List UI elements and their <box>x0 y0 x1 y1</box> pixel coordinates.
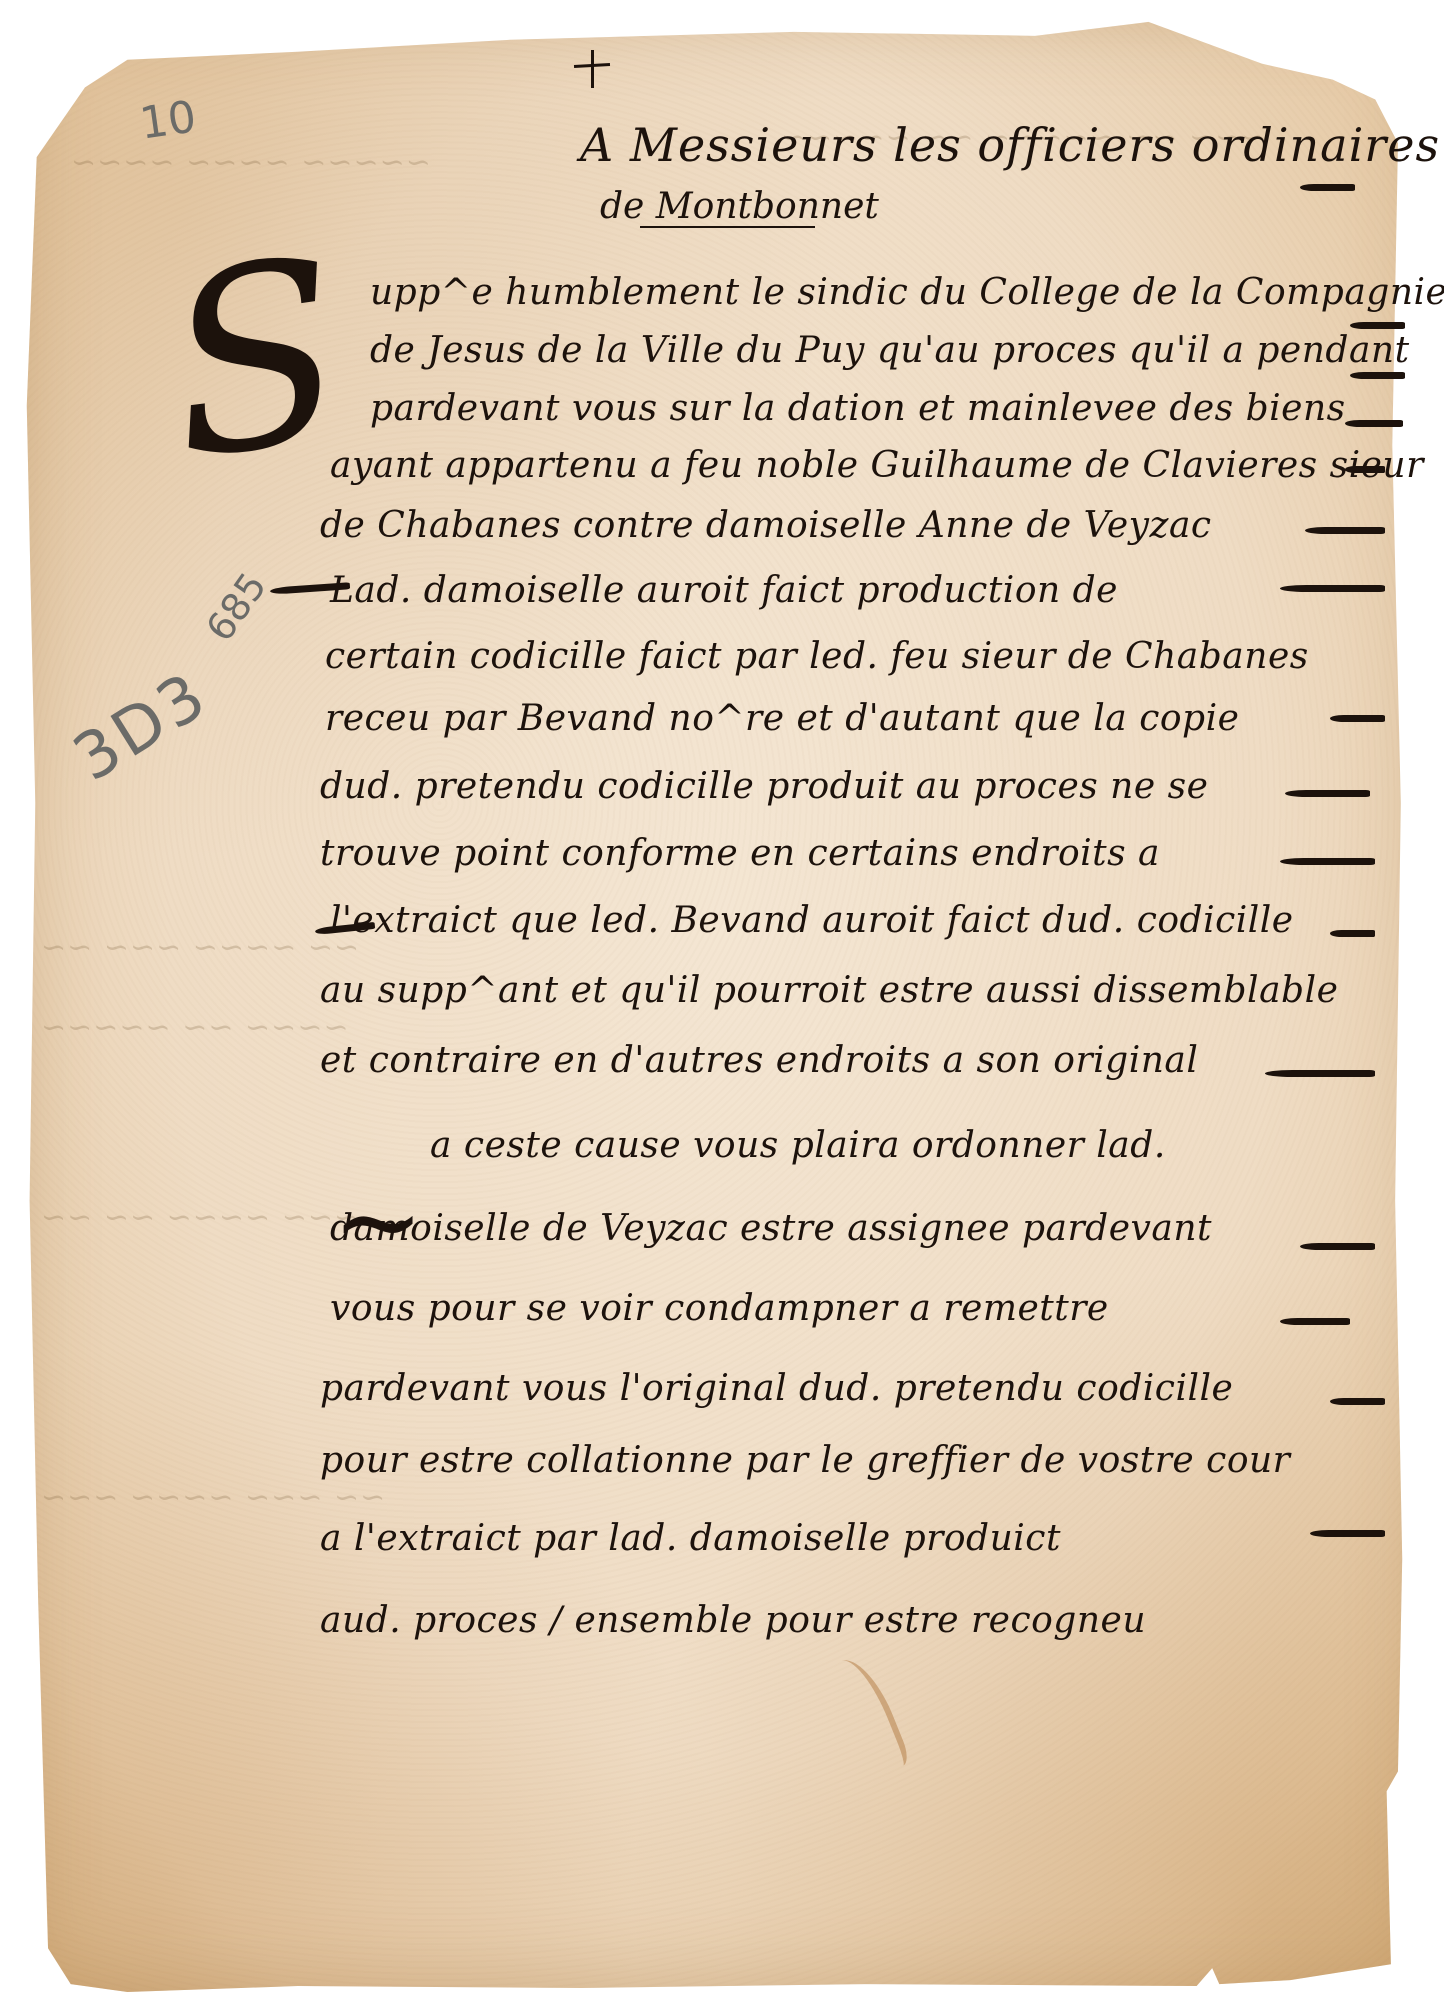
line-filler-dash <box>1330 1398 1385 1405</box>
line-filler-dash <box>1300 184 1355 191</box>
line-filler-dash <box>1305 527 1385 534</box>
body-line-14: a ceste cause vous plaira ordonner lad. <box>430 1125 1166 1166</box>
line-filler-dash <box>1310 1530 1385 1537</box>
body-line-17: pardevant vous l'original dud. pretendu … <box>320 1368 1233 1409</box>
manuscript-page: ~~~ ~~ ~~~~~ ~~ ~~~~~ ~~~~~ ~~~~ ~~~~ ~~… <box>0 0 1444 2000</box>
line-filler-dash <box>1350 322 1405 329</box>
line-filler-dash <box>1280 585 1385 592</box>
bleed-through-text: ~~~~~ ~~~~ ~~~~ <box>70 145 431 180</box>
body-line-18: pour estre collationne par le greffier d… <box>320 1440 1290 1481</box>
body-line-20: aud. proces / ensemble pour estre recogn… <box>320 1600 1146 1641</box>
address-line-1: A Messieurs les officiers ordinaires <box>580 118 1440 172</box>
line-filler-dash <box>1330 930 1375 937</box>
body-line-7: certain codicille faict par led. feu sie… <box>325 636 1309 677</box>
bleed-through-text: ~~ ~~~ ~~~~ ~~~ <box>40 1480 385 1515</box>
folio-number: 10 <box>137 91 200 149</box>
address-underline <box>640 226 815 228</box>
body-line-8: receu par Bevand no^re et d'autant que l… <box>325 698 1239 739</box>
body-line-1: upp^e humblement le sindic du College de… <box>370 272 1444 313</box>
line-filler-dash <box>1345 466 1385 473</box>
line-filler-dash <box>1285 790 1370 797</box>
body-line-5: de Chabanes contre damoiselle Anne de Ve… <box>320 505 1212 546</box>
line-flourish: ~ <box>332 1166 424 1276</box>
body-line-2: de Jesus de la Ville du Puy qu'au proces… <box>370 330 1410 371</box>
line-filler-dash <box>1350 372 1405 379</box>
body-line-9: dud. pretendu codicille produit au proce… <box>320 766 1208 807</box>
bleed-through-text: ~~~ ~~~~ ~~ ~~ <box>40 1200 359 1235</box>
bleed-through-text: ~~~~ ~~ ~~~~~ <box>40 1010 349 1045</box>
cross-mark-icon <box>572 50 612 90</box>
line-filler-dash <box>1280 858 1375 865</box>
body-line-13: et contraire en d'autres endroits a son … <box>320 1040 1198 1081</box>
bleed-through-text: ~~ ~~~~ ~~~ ~~ <box>40 930 359 965</box>
line-filler-dash <box>1265 1070 1375 1077</box>
line-filler-dash <box>1330 715 1385 722</box>
line-filler-dash <box>1280 1318 1350 1325</box>
body-line-12: au supp^ant et qu'il pourroit estre auss… <box>320 970 1338 1011</box>
body-line-4: ayant appartenu a feu noble Guilhaume de… <box>330 445 1424 486</box>
address-line-2: de Montbonnet <box>600 186 879 227</box>
body-line-16: vous pour se voir condampner a remettre <box>330 1288 1109 1329</box>
body-line-11: l'extraict que led. Bevand auroit faict … <box>330 900 1294 941</box>
body-line-6: Lad. damoiselle auroit faict production … <box>330 570 1118 611</box>
decorative-initial: S <box>153 224 357 495</box>
line-filler-dash <box>1300 1243 1375 1250</box>
body-line-10: trouve point conforme en certains endroi… <box>320 833 1160 874</box>
body-line-3: pardevant vous sur la dation et mainleve… <box>370 388 1346 429</box>
body-line-15: damoiselle de Veyzac estre assignee pard… <box>330 1208 1212 1249</box>
body-line-19: a l'extraict par lad. damoiselle produic… <box>320 1518 1061 1559</box>
line-filler-dash <box>1345 420 1403 427</box>
